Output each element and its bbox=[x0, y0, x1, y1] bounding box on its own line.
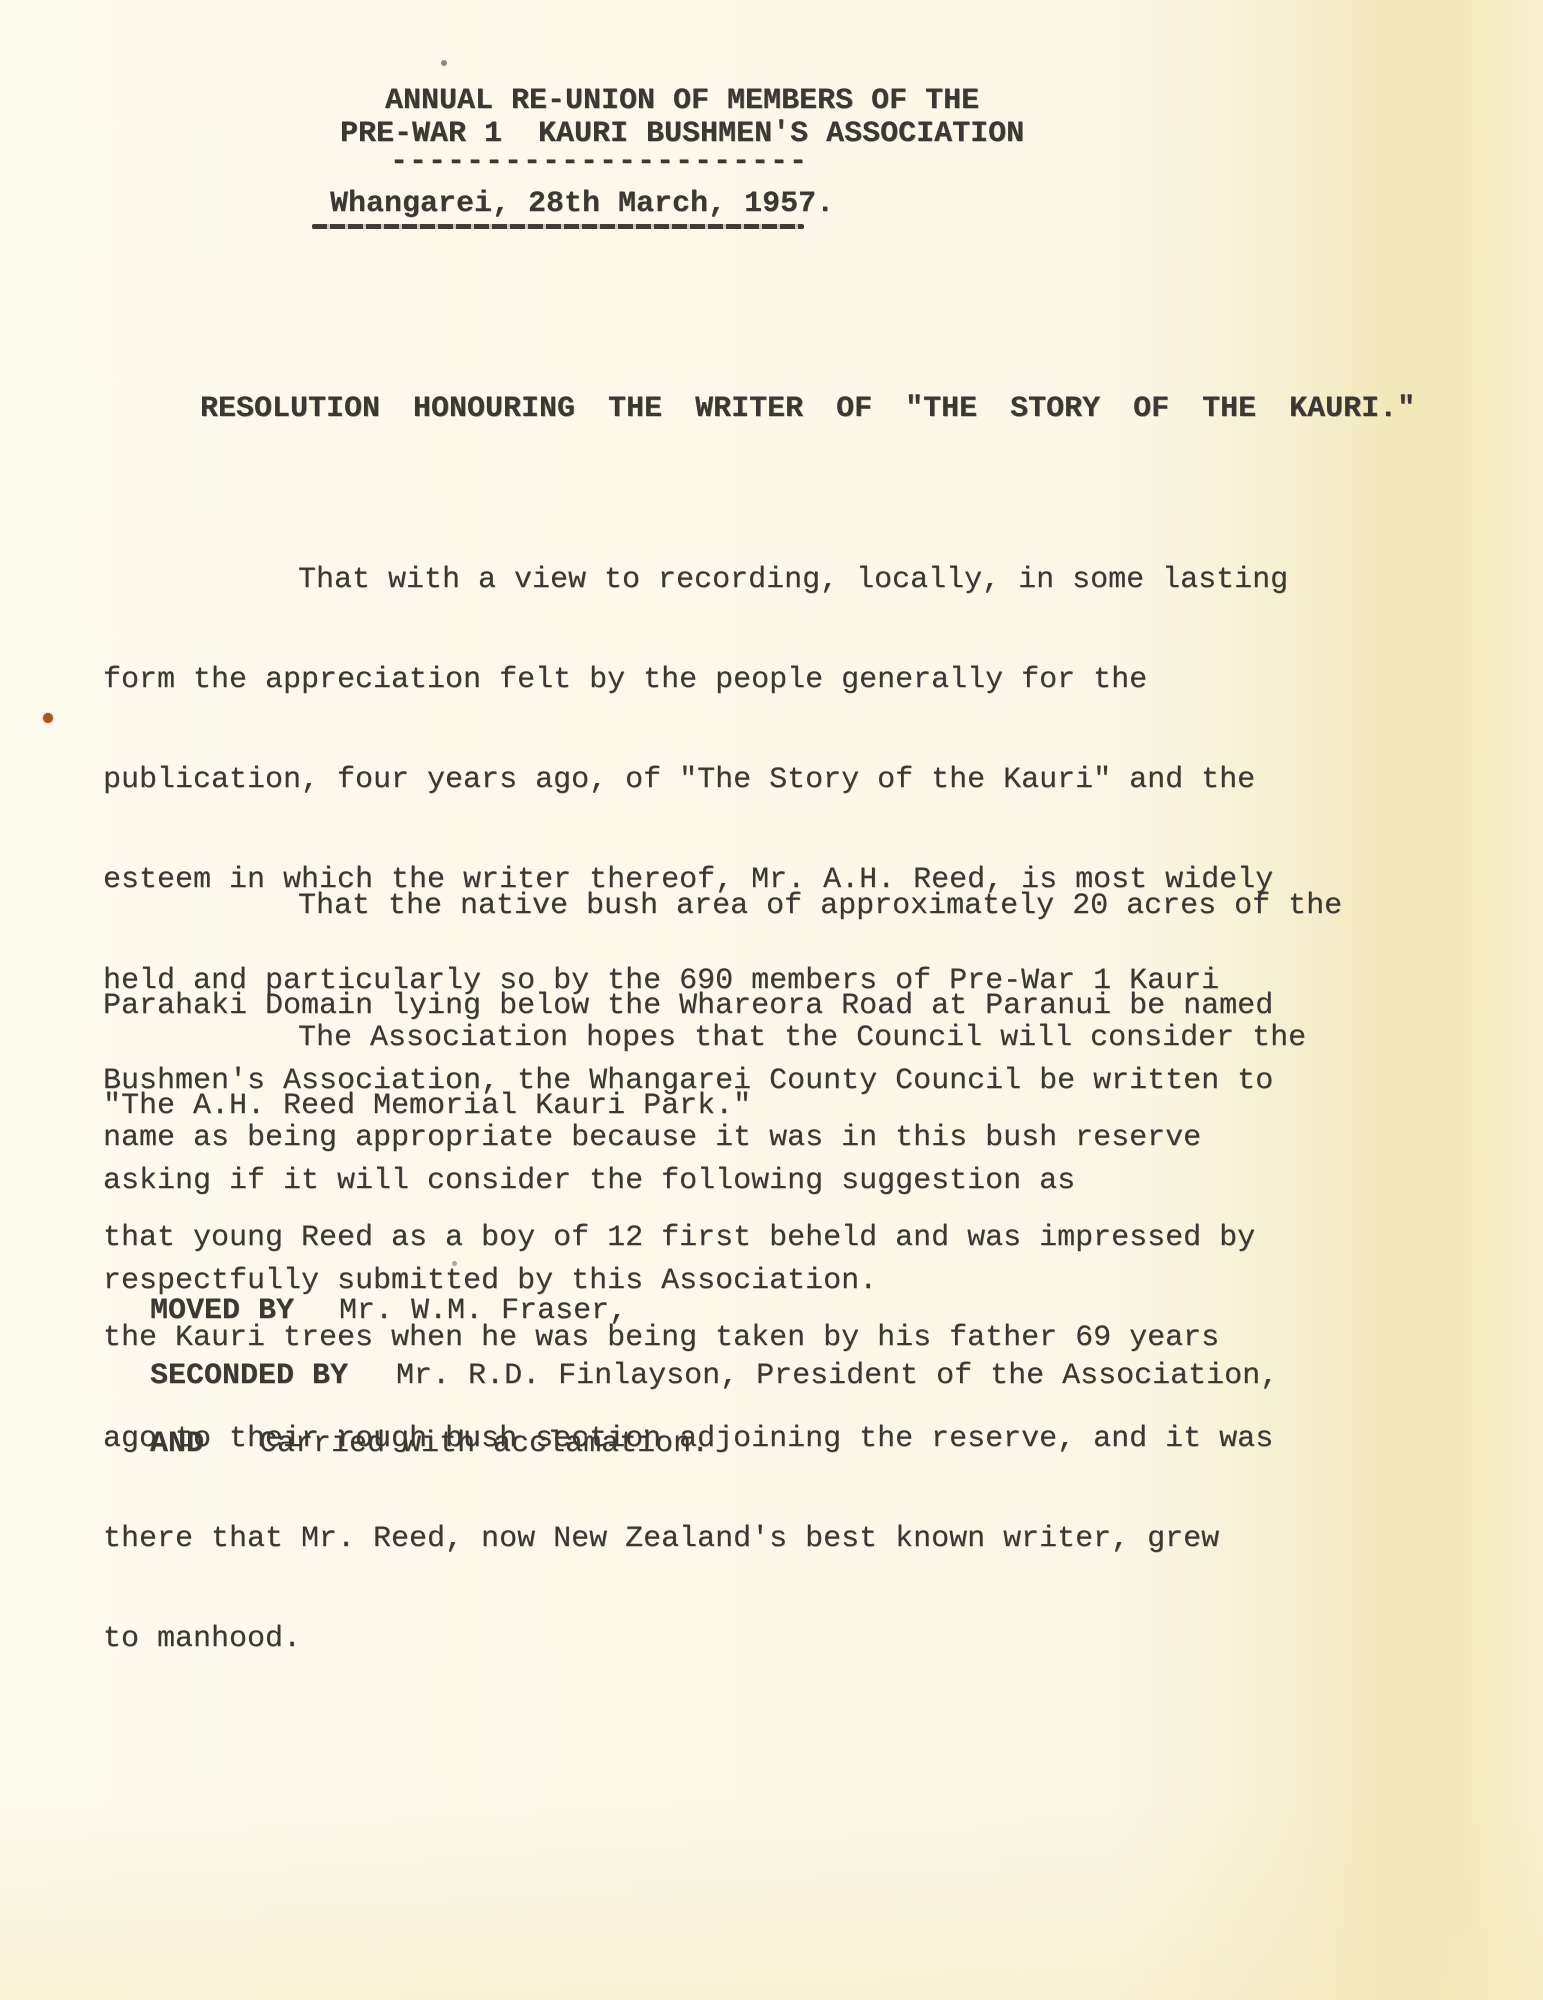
dateline-underline bbox=[312, 224, 804, 229]
ink-speck bbox=[441, 60, 447, 66]
red-ink-speck bbox=[43, 713, 53, 723]
motion-seconded-by: SECONDED BY Mr. R.D. Finlayson, Presiden… bbox=[150, 1360, 1278, 1393]
text-line: form the appreciation felt by the people… bbox=[103, 664, 1288, 697]
text-line: name as being appropriate because it was… bbox=[103, 1122, 1306, 1155]
paragraph-name-appropriateness: The Association hopes that the Council w… bbox=[103, 955, 1306, 1723]
text-line: that young Reed as a boy of 12 first beh… bbox=[103, 1222, 1306, 1255]
typewritten-document-page: ANNUAL RE-UNION OF MEMBERS OF THE PRE-WA… bbox=[0, 0, 1543, 2000]
carried-text: Carried with acclamation. bbox=[259, 1428, 709, 1461]
document-title-line1: ANNUAL RE-UNION OF MEMBERS OF THE bbox=[385, 85, 979, 118]
dateline: Whangarei, 28th March, 1957. bbox=[330, 188, 834, 221]
moved-by-name: Mr. W.M. Fraser, bbox=[339, 1295, 627, 1328]
text-line: there that Mr. Reed, now New Zealand's b… bbox=[103, 1523, 1306, 1556]
text-line: publication, four years ago, of "The Sto… bbox=[103, 764, 1288, 797]
seconded-by-label: SECONDED BY bbox=[150, 1360, 348, 1393]
moved-by-label: MOVED BY bbox=[150, 1295, 294, 1328]
motion-carried: AND Carried with acclamation. bbox=[150, 1428, 709, 1461]
text-line: The Association hopes that the Council w… bbox=[103, 1022, 1306, 1055]
seconded-by-name: Mr. R.D. Finlayson, President of the Ass… bbox=[396, 1360, 1278, 1393]
motion-moved-by: MOVED BY Mr. W.M. Fraser, bbox=[150, 1295, 627, 1328]
text-line: That the native bush area of approximate… bbox=[103, 890, 1342, 923]
and-label: AND bbox=[150, 1428, 204, 1461]
text-line: to manhood. bbox=[103, 1623, 1306, 1656]
title-separator-dashes: ---------------------- bbox=[390, 146, 808, 179]
text-line: That with a view to recording, locally, … bbox=[103, 564, 1288, 597]
resolution-heading: RESOLUTION HONOURING THE WRITER OF "THE … bbox=[200, 393, 1415, 426]
